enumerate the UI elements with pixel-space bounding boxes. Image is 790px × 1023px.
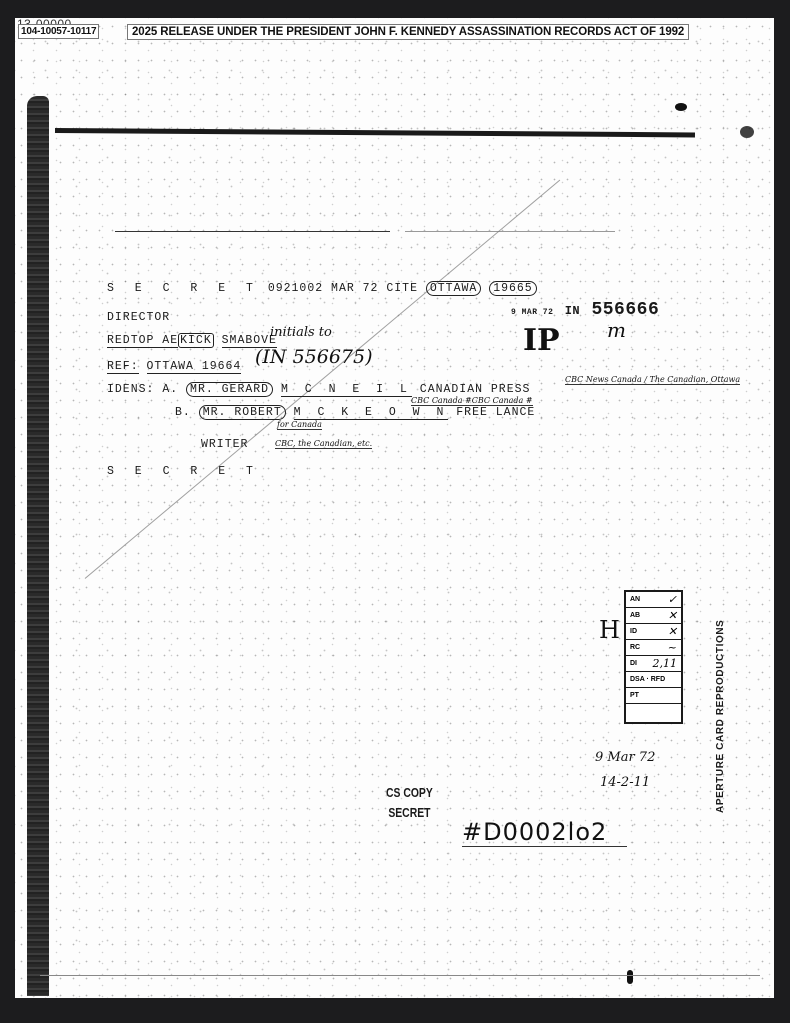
cable-number-circled: 19665	[489, 281, 537, 296]
routing-side-mark: H	[599, 616, 620, 644]
cable-header-line: S E C R E T 0921002 MAR 72 CITE OTTAWA 1…	[107, 282, 537, 295]
handwritten-note: initials to	[270, 325, 332, 340]
record-id-label: 104-10057-10117	[18, 24, 99, 39]
routing-row: PT	[626, 688, 681, 704]
classification: S E C R E T	[107, 282, 260, 295]
ref-text: OTTAWA 19664	[147, 360, 242, 374]
release-banner: 2025 RELEASE UNDER THE PRESIDENT JOHN F.…	[127, 24, 689, 40]
cs-copy-stamp: CS COPY SECRET	[386, 783, 433, 823]
routing-row: ID✕	[626, 624, 681, 640]
subject-prefix: REDTOP AE	[107, 334, 178, 348]
surname: M C N E I L	[281, 383, 412, 397]
name-circled: MR. GERARD	[186, 382, 273, 397]
ref-label: REF:	[107, 360, 139, 374]
ink-blot	[740, 126, 754, 138]
idens-label: IDENS:	[107, 383, 154, 396]
date-note: 14-2-11	[600, 775, 650, 790]
subject-line: REDTOP AEKICK SMABOVE	[107, 334, 277, 347]
date-note: 9 Mar 72	[595, 750, 655, 765]
stamp-number: 556666	[591, 300, 659, 320]
continuation: WRITER	[201, 438, 248, 451]
ref-line: REF: OTTAWA 19664	[107, 360, 241, 373]
secret-text: SECRET	[386, 803, 433, 823]
routing-stamp: AN✓ AB✕ ID✕ RC~ DI2,11 DSA · RFD PT	[624, 590, 683, 724]
routing-row: RC~	[626, 640, 681, 656]
station-circled: OTTAWA	[426, 281, 481, 296]
routing-row: AB✕	[626, 608, 681, 624]
closing-classification: S E C R E T	[107, 465, 260, 478]
aperture-card-label: APERTURE CARD REPRODUCTIONS	[715, 620, 726, 813]
surname: M C K E O W N	[294, 406, 449, 420]
handwritten-mark: m	[607, 318, 626, 342]
diagonal-stroke	[85, 180, 561, 579]
document-number: #D0002lo2	[462, 818, 627, 847]
item-letter: A.	[162, 383, 178, 396]
ink-blot	[627, 970, 633, 984]
stamp-date: 9 MAR 72	[511, 308, 553, 317]
handwritten-annotation: CBC Canada #CBC Canada #	[411, 396, 533, 406]
routing-row: AN✓	[626, 592, 681, 608]
ink-blot	[675, 103, 687, 111]
name-circled: MR. ROBERT	[199, 405, 286, 420]
cite-label: CITE	[386, 282, 418, 295]
bottom-rule	[40, 975, 760, 976]
binding-bar	[27, 96, 49, 996]
handwritten-annotation: CBC, the Canadian, etc.	[275, 439, 372, 449]
idens-item-b: B. MR. ROBERT M C K E O W N FREE LANCE	[175, 406, 535, 419]
affiliation: CANADIAN PRESS	[420, 383, 531, 396]
item-letter: B.	[175, 406, 191, 419]
cs-copy-text: CS COPY	[386, 783, 433, 803]
routing-row: DI2,11	[626, 656, 681, 672]
handwritten-annotation: for Canada	[277, 420, 322, 430]
top-rule	[55, 128, 695, 137]
handwritten-in-number: (IN 556675)	[255, 346, 373, 368]
handwritten-annotation: CBC News Canada / The Canadian, Ottawa	[565, 375, 740, 385]
idens-item-a: IDENS: A. MR. GERARD M C N E I L CANADIA…	[107, 383, 530, 396]
addressee: DIRECTOR	[107, 311, 170, 324]
scan-noise	[15, 18, 774, 998]
stamp-in-label: IN	[565, 304, 580, 318]
date-time-group: 0921002 MAR 72	[268, 282, 379, 295]
affiliation: FREE LANCE	[456, 406, 535, 419]
handwritten-initials: IP	[523, 323, 560, 358]
routing-row	[626, 704, 681, 722]
document-page: 13-00000 104-10057-10117 2025 RELEASE UN…	[15, 18, 774, 998]
in-number-stamp: 9 MAR 72 IN 556666	[511, 300, 659, 320]
routing-row: DSA · RFD	[626, 672, 681, 688]
form-rule	[115, 231, 615, 232]
crypt-boxed: KICK	[178, 333, 214, 348]
